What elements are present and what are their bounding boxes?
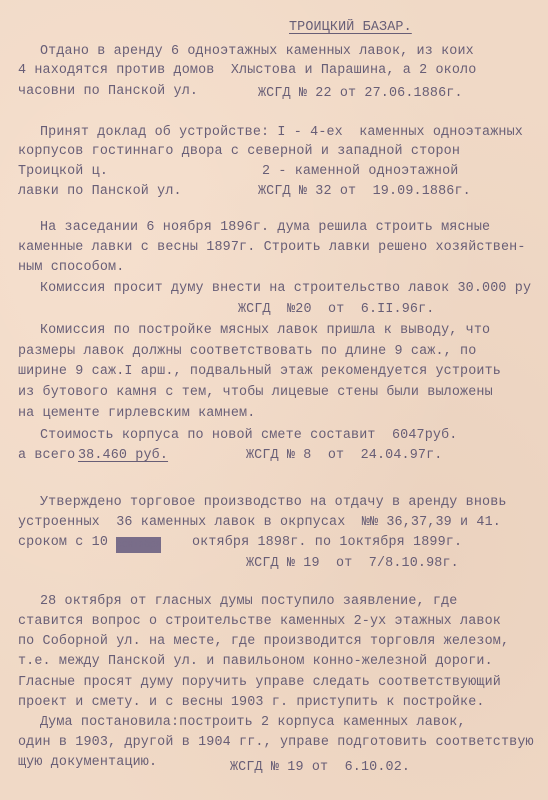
text-line: каменные лавки с весны 1897г. Строить ла… (18, 240, 526, 256)
struck-out-word: сентября (116, 537, 161, 553)
text-line: Стоимость корпуса по новой смете состави… (40, 428, 457, 444)
text-line: лавки по Панской ул. (18, 184, 182, 200)
text-line: Отдано в аренду 6 одноэтажных каменных л… (40, 44, 474, 60)
text-line: на цементе гирлевским камнем. (18, 406, 255, 422)
page-title: ТРОИЦКИЙ БАЗАР. (289, 20, 412, 36)
text-line: часовни по Панской ул. (18, 84, 198, 100)
total-amount: 38.460 руб. (78, 448, 168, 464)
text-line: Принят доклад об устройстве: I - 4-ех ка… (40, 125, 523, 141)
text-line: октября 1898г. по 1октября 1899г. (192, 535, 462, 551)
text-line: сроком с 10 (18, 535, 108, 551)
reference-line: ЖСГД № 32 от 19.09.1886г. (258, 184, 471, 200)
text-line: Троицкой ц. (18, 164, 108, 180)
reference-line: ЖСГД № 22 от 27.06.1886г. (258, 86, 463, 102)
text-line: ширине 9 саж.I арш., подвальный этаж рек… (18, 364, 501, 380)
text-line: щую документацию. (18, 755, 157, 771)
document-page: ТРОИЦКИЙ БАЗАР. Отдано в аренду 6 одноэт… (0, 0, 548, 800)
text-line: Комиссия по постройке мясных лавок пришл… (40, 323, 490, 339)
text-line: т.е. между Панской ул. и павильоном конн… (18, 654, 493, 670)
text-line: ставится вопрос о строительстве каменных… (18, 614, 501, 630)
text-line: один в 1903, другой в 1904 гг., управе п… (18, 735, 534, 751)
text-line: размеры лавок должны соответствовать по … (18, 344, 476, 360)
text-line: корпусов гостиннаго двора с северной и з… (18, 144, 460, 160)
text-line: из бутового камня с тем, чтобы лицевые с… (18, 385, 493, 401)
text-line: 28 октября от гласных думы поступило зая… (40, 594, 457, 610)
text-line: устроенных 36 каменных лавок в окрпусах … (18, 515, 501, 531)
text-line: 2 - каменной одноэтажной (262, 164, 458, 180)
text-line: На заседании 6 ноября 1896г. дума решила… (40, 220, 490, 236)
text-line: ным способом. (18, 260, 124, 276)
reference-line: ЖСГД № 19 от 7/8.10.98г. (246, 556, 459, 572)
text-line: Комиссия просит думу внести на строитель… (40, 281, 531, 297)
text-line: проект и смету. и с весны 1903 г. присту… (18, 695, 485, 711)
reference-line: ЖСГД № 19 от 6.10.02. (230, 760, 410, 776)
reference-line: ЖСГД № 8 от 24.04.97г. (246, 448, 442, 464)
text-line: по Соборной ул. на месте, где производит… (18, 634, 509, 650)
text-line: 4 находятся против домов Хлыстова и Пара… (18, 63, 476, 79)
text-line: Дума постановила:построить 2 корпуса кам… (40, 715, 466, 731)
text-line: Гласные просят думу поручить управе след… (18, 675, 501, 691)
text-line: Утверждено торговое производство на отда… (40, 495, 507, 511)
text-line: а всего (18, 448, 75, 464)
reference-line: ЖСГД №20 от 6.II.96г. (238, 302, 434, 318)
